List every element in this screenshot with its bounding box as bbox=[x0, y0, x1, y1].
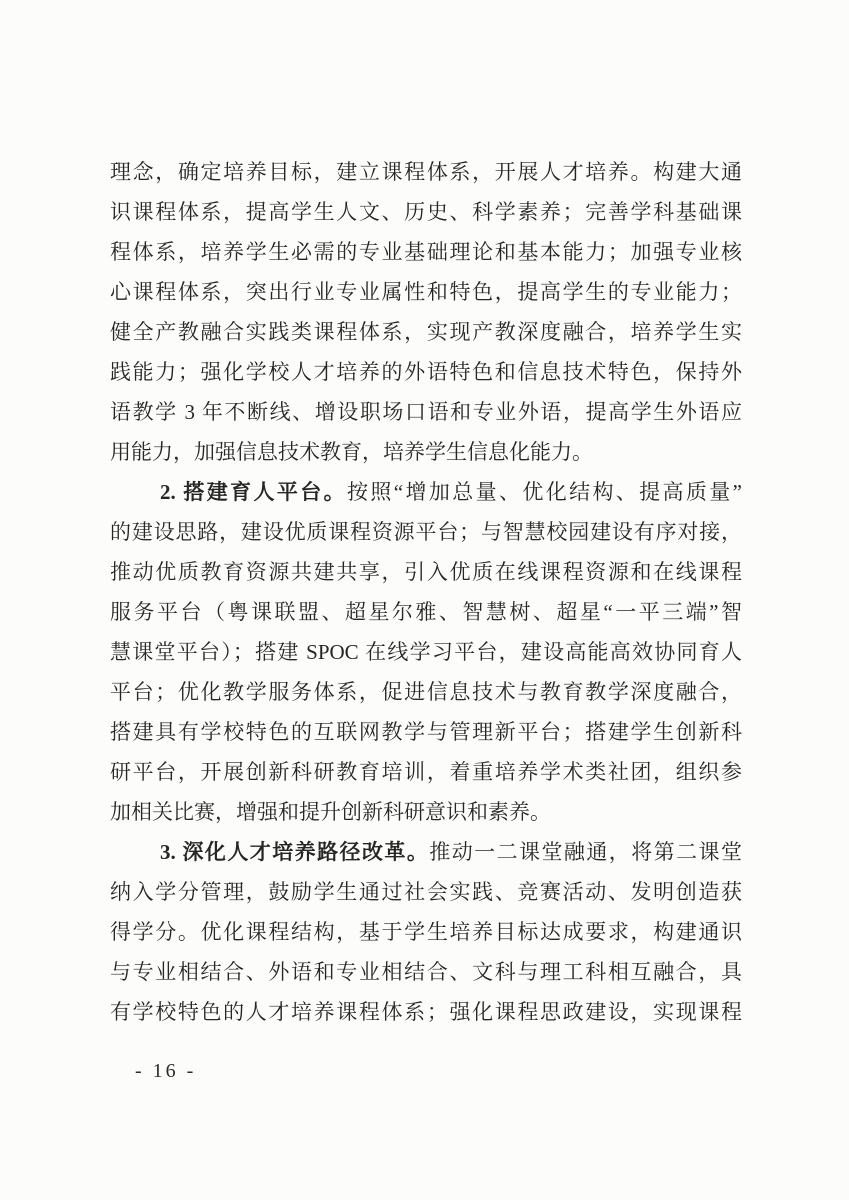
text-line: 得学分。优化课程结构，基于学生培养目标达成要求，构建通识 bbox=[110, 912, 742, 952]
paragraph-continuation: 理念，确定培养目标，建立课程体系，开展人才培养。构建大通 识课程体系，提高学生人… bbox=[110, 152, 742, 472]
line-text: 语教学 3 年不断线、增设职场口语和专业外语，提高学生外语应 bbox=[110, 400, 742, 424]
text-line: 研平台，开展创新科研教育培训，着重培养学术类社团，组织参 bbox=[110, 752, 742, 792]
document-body-text: 理念，确定培养目标，建立课程体系，开展人才培养。构建大通 识课程体系，提高学生人… bbox=[110, 152, 742, 1032]
text-line: 理念，确定培养目标，建立课程体系，开展人才培养。构建大通 bbox=[110, 152, 742, 192]
line-text: 推动优质教育资源共建共享，引入优质在线课程资源和在线课程 bbox=[110, 560, 742, 584]
line-text: 的建设思路，建设优质课程资源平台；与智慧校园建设有序对接， bbox=[110, 520, 742, 544]
line-text: 服务平台（粤课联盟、超星尔雅、智慧树、超星“一平三端”智 bbox=[110, 600, 742, 624]
text-line: 与专业相结合、外语和专业相结合、文科与理工科相互融合，具 bbox=[110, 952, 742, 992]
line-text: 加相关比赛，增强和提升创新科研意识和素养。 bbox=[110, 800, 551, 824]
text-line: 服务平台（粤课联盟、超星尔雅、智慧树、超星“一平三端”智 bbox=[110, 592, 742, 632]
line-text: 平台；优化教学服务体系，促进信息技术与教育教学深度融合， bbox=[110, 680, 742, 704]
line-text: 理念，确定培养目标，建立课程体系，开展人才培养。构建大通 bbox=[110, 160, 742, 184]
line-text: 践能力；强化学校人才培养的外语特色和信息技术特色，保持外 bbox=[110, 360, 742, 384]
line-text: 搭建具有学校特色的互联网教学与管理新平台；搭建学生创新科 bbox=[110, 720, 742, 744]
line-text: 有学校特色的人才培养课程体系；强化课程思政建设，实现课程 bbox=[110, 1000, 742, 1024]
line-text: 用能力，加强信息技术教育，培养学生信息化能力。 bbox=[110, 440, 593, 464]
text-line: 搭建具有学校特色的互联网教学与管理新平台；搭建学生创新科 bbox=[110, 712, 742, 752]
text-line: 的建设思路，建设优质课程资源平台；与智慧校园建设有序对接， bbox=[110, 512, 742, 552]
text-line: 2. 搭建育人平台。按照“增加总量、优化结构、提高质量” bbox=[110, 472, 742, 512]
paragraph-item-3: 3. 深化人才培养路径改革。推动一二课堂融通，将第二课堂 纳入学分管理，鼓励学生… bbox=[110, 832, 742, 1032]
text-line: 心课程体系，突出行业专业属性和特色，提高学生的专业能力； bbox=[110, 272, 742, 312]
line-text: 识课程体系，提高学生人文、历史、科学素养；完善学科基础课 bbox=[110, 200, 742, 224]
line-text: 慧课堂平台）；搭建 SPOC 在线学习平台，建设高能高效协同育人 bbox=[110, 640, 742, 664]
page-number: - 16 - bbox=[135, 1057, 196, 1085]
paragraph-item-2: 2. 搭建育人平台。按照“增加总量、优化结构、提高质量” 的建设思路，建设优质课… bbox=[110, 472, 742, 832]
text-line: 有学校特色的人才培养课程体系；强化课程思政建设，实现课程 bbox=[110, 992, 742, 1032]
line-text: 健全产教融合实践类课程体系，实现产教深度融合，培养学生实 bbox=[110, 320, 742, 344]
text-line: 识课程体系，提高学生人文、历史、科学素养；完善学科基础课 bbox=[110, 192, 742, 232]
text-line: 语教学 3 年不断线、增设职场口语和专业外语，提高学生外语应 bbox=[110, 392, 742, 432]
line-text: 得学分。优化课程结构，基于学生培养目标达成要求，构建通识 bbox=[110, 920, 742, 944]
text-line: 加相关比赛，增强和提升创新科研意识和素养。 bbox=[110, 792, 742, 832]
line-text: 与专业相结合、外语和专业相结合、文科与理工科相互融合，具 bbox=[110, 960, 742, 984]
line-text: 纳入学分管理，鼓励学生通过社会实践、竞赛活动、发明创造获 bbox=[110, 880, 742, 904]
line-text: 推动一二课堂融通，将第二课堂 bbox=[429, 840, 742, 864]
text-line: 慧课堂平台）；搭建 SPOC 在线学习平台，建设高能高效协同育人 bbox=[110, 632, 742, 672]
text-line: 纳入学分管理，鼓励学生通过社会实践、竞赛活动、发明创造获 bbox=[110, 872, 742, 912]
paragraph-lead: 3. 深化人才培养路径改革。 bbox=[160, 840, 429, 864]
text-line: 程体系，培养学生必需的专业基础理论和基本能力；加强专业核 bbox=[110, 232, 742, 272]
line-text: 程体系，培养学生必需的专业基础理论和基本能力；加强专业核 bbox=[110, 240, 742, 264]
text-line: 健全产教融合实践类课程体系，实现产教深度融合，培养学生实 bbox=[110, 312, 742, 352]
line-text: 心课程体系，突出行业专业属性和特色，提高学生的专业能力； bbox=[110, 280, 742, 304]
text-line: 推动优质教育资源共建共享，引入优质在线课程资源和在线课程 bbox=[110, 552, 742, 592]
text-line: 3. 深化人才培养路径改革。推动一二课堂融通，将第二课堂 bbox=[110, 832, 742, 872]
paragraph-lead: 2. 搭建育人平台。 bbox=[160, 480, 347, 504]
text-line: 践能力；强化学校人才培养的外语特色和信息技术特色，保持外 bbox=[110, 352, 742, 392]
text-line: 用能力，加强信息技术教育，培养学生信息化能力。 bbox=[110, 432, 742, 472]
line-text: 按照“增加总量、优化结构、提高质量” bbox=[347, 480, 742, 504]
text-line: 平台；优化教学服务体系，促进信息技术与教育教学深度融合， bbox=[110, 672, 742, 712]
line-text: 研平台，开展创新科研教育培训，着重培养学术类社团，组织参 bbox=[110, 760, 742, 784]
document-page: 理念，确定培养目标，建立课程体系，开展人才培养。构建大通 识课程体系，提高学生人… bbox=[0, 0, 849, 1200]
